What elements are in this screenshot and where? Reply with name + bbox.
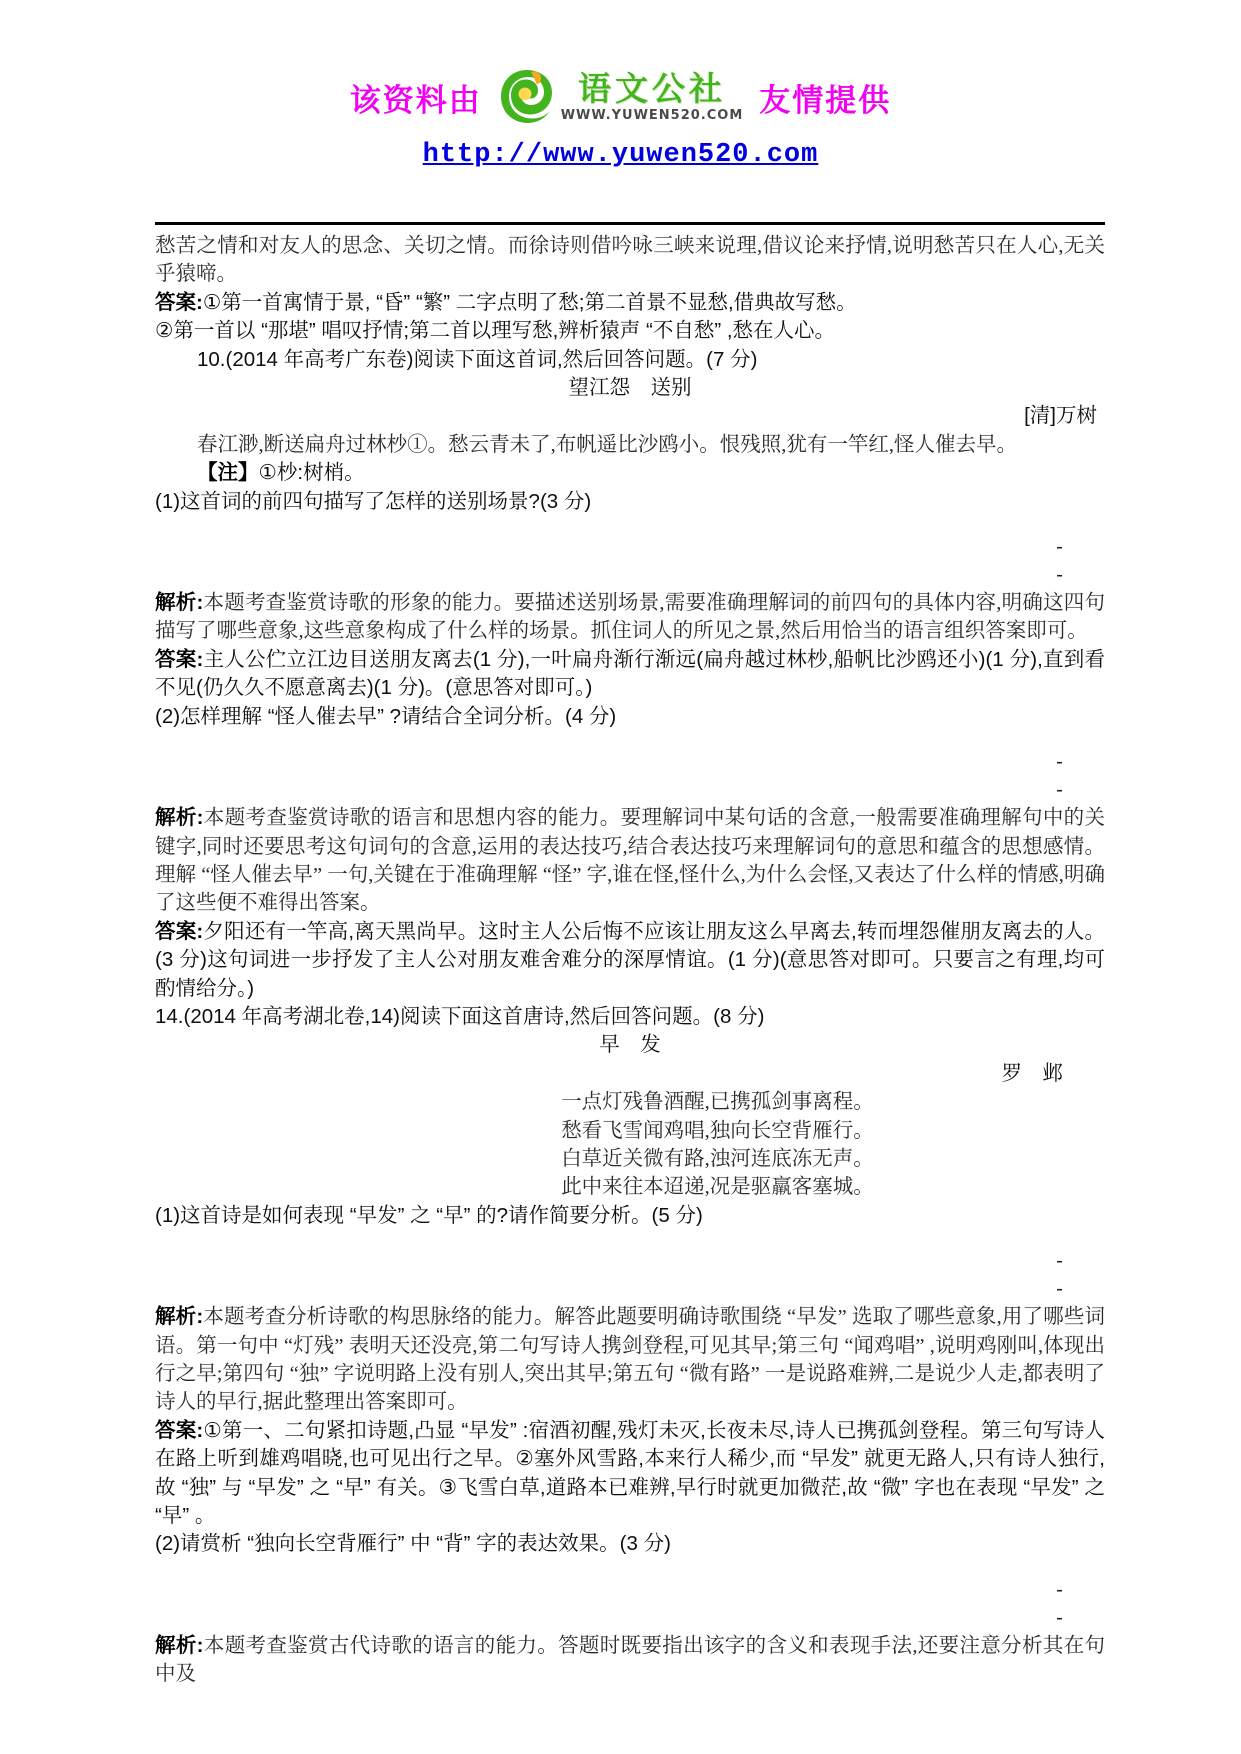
- question-10-header: 10.(2014 年高考广东卷)阅读下面这首词,然后回答问题。(7 分): [155, 346, 1105, 374]
- question-14-1: (1)这首诗是如何表现 “早发” 之 “早” 的?请作简要分析。(5 分): [155, 1202, 1105, 1230]
- answer-label: 答案:: [155, 291, 203, 314]
- answer-blank-dash: -: [155, 776, 1105, 804]
- site-url-line: http://www.yuwen520.com: [0, 140, 1241, 170]
- answer-text: ①第一首寓情于景, “昏” “繁” 二字点明了愁;第二首景不显愁,借典故写愁。: [203, 291, 857, 314]
- note-label: 【注】: [197, 461, 259, 484]
- continued-analysis-text: 愁苦之情和对友人的思念、关切之情。而徐诗则借吟咏三峡来说理,借议论来抒情,说明愁…: [155, 232, 1105, 289]
- question-10-1: (1)这首词的前四句描写了怎样的送别场景?(3 分): [155, 488, 1105, 516]
- analysis-14-1: 解析:本题考查分析诗歌的构思脉络的能力。解答此题要明确诗歌围绕 “早发” 选取了…: [155, 1303, 1105, 1417]
- divider-rule: [155, 222, 1105, 225]
- document-body: 愁苦之情和对友人的思念、关切之情。而徐诗则借吟咏三峡来说理,借议论来抒情,说明愁…: [155, 232, 1105, 1689]
- poem-title-zaofa: 早 发: [155, 1031, 1105, 1059]
- poem-text-wangjiangyuan: 春江渺,断送扁舟过林杪①。愁云青未了,布帆遥比沙鸥小。恨残照,犹有一竿红,怪人催…: [155, 431, 1105, 459]
- poem-line-2: 愁看飞雪闻鸡唱,独向长空背雁行。: [155, 1117, 1105, 1145]
- answer-text: 夕阳还有一竿高,离天黑尚早。这时主人公后悔不应该让朋友这么早离去,转而埋怨催朋友…: [155, 920, 1105, 1000]
- poem-line-3: 白草近关微有路,浊河连底冻无声。: [155, 1145, 1105, 1173]
- answer-label: 答案:: [155, 920, 203, 943]
- poem-line-1: 一点灯残鲁酒醒,已携孤剑事离程。: [155, 1088, 1105, 1116]
- analysis-label: 解析:: [155, 1634, 204, 1657]
- question-14-2: (2)请赏析 “独向长空背雁行” 中 “背” 字的表达效果。(3 分): [155, 1530, 1105, 1558]
- answer-blank-dash: -: [155, 748, 1105, 776]
- analysis-label: 解析:: [155, 806, 204, 829]
- answer-blank-dash: -: [155, 1604, 1105, 1632]
- analysis-text: 本题考查分析诗歌的构思脉络的能力。解答此题要明确诗歌围绕 “早发” 选取了哪些意…: [155, 1306, 1105, 1413]
- logo-text-block: 语文公社 WWW.YUWEN520.COM: [561, 72, 744, 122]
- analysis-14-2: 解析:本题考查鉴赏古代诗歌的语言的能力。答题时既要指出该字的含义和表现手法,还要…: [155, 1632, 1105, 1689]
- analysis-label: 解析:: [155, 591, 203, 614]
- question-14-header: 14.(2014 年高考湖北卷,14)阅读下面这首唐诗,然后回答问题。(8 分): [155, 1003, 1105, 1031]
- answer-14-1: 答案:①第一、二句紧扣诗题,凸显 “早发” :宿酒初醒,残灯未灭,长夜未尽,诗人…: [155, 1417, 1105, 1531]
- answer-blank-dash: -: [155, 561, 1105, 589]
- note-text: ①杪:树梢。: [259, 461, 365, 484]
- analysis-label: 解析:: [155, 1305, 203, 1328]
- answer-label: 答案:: [155, 648, 203, 671]
- page-header: 该资料由 语文公社 WWW.YUWEN520.COM 友情提供: [0, 68, 1241, 126]
- answer-text: ①第一、二句紧扣诗题,凸显 “早发” :宿酒初醒,残灯未灭,长夜未尽,诗人已携孤…: [155, 1419, 1105, 1527]
- answer-label: 答案:: [155, 1419, 203, 1442]
- answer-blank-dash: -: [155, 1275, 1105, 1303]
- provider-text-left: 该资料由: [350, 75, 482, 120]
- site-logo[interactable]: 语文公社 WWW.YUWEN520.COM: [498, 68, 744, 126]
- answer-previous-line1: 答案:①第一首寓情于景, “昏” “繁” 二字点明了愁;第二首景不显愁,借典故写…: [155, 289, 1105, 317]
- answer-blank-dash: -: [155, 1247, 1105, 1275]
- answer-blank-dash: -: [155, 533, 1105, 561]
- answer-previous-line2: ②第一首以 “那堪” 唱叹抒情;第二首以理写愁,辨析猿声 “不自愁” ,愁在人心…: [155, 317, 1105, 345]
- site-link[interactable]: http://www.yuwen520.com: [423, 140, 819, 170]
- poem-author-wanshu: [清]万树: [155, 402, 1105, 430]
- question-10-2: (2)怎样理解 “怪人催去早” ?请结合全词分析。(4 分): [155, 703, 1105, 731]
- poem-line-4: 此中来往本迢递,况是驱羸客塞城。: [155, 1173, 1105, 1201]
- logo-name: 语文公社: [578, 72, 726, 105]
- analysis-10-2: 解析:本题考查鉴赏诗歌的语言和思想内容的能力。要理解词中某句话的含意,一般需要准…: [155, 804, 1105, 918]
- poem-note: 【注】①杪:树梢。: [155, 459, 1105, 487]
- analysis-10-1: 解析:本题考查鉴赏诗歌的形象的能力。要描述送别场景,需要准确理解词的前四句的具体…: [155, 589, 1105, 646]
- provider-text-right: 友情提供: [759, 75, 891, 120]
- logo-site-url: WWW.YUWEN520.COM: [561, 109, 744, 122]
- analysis-text: 本题考查鉴赏古代诗歌的语言的能力。答题时既要指出该字的含义和表现手法,还要注意分…: [155, 1635, 1105, 1685]
- analysis-text: 本题考查鉴赏诗歌的语言和思想内容的能力。要理解词中某句话的含意,一般需要准确理解…: [155, 807, 1105, 914]
- answer-10-1: 答案:主人公伫立江边目送朋友离去(1 分),一叶扁舟渐行渐远(扁舟越过林杪,船帆…: [155, 646, 1105, 703]
- answer-text: 主人公伫立江边目送朋友离去(1 分),一叶扁舟渐行渐远(扁舟越过林杪,船帆比沙鸥…: [155, 648, 1105, 699]
- answer-blank-dash: -: [155, 1576, 1105, 1604]
- poem-title-wangjiangyuan: 望江怨 送别: [155, 374, 1105, 402]
- answer-10-2: 答案:夕阳还有一竿高,离天黑尚早。这时主人公后悔不应该让朋友这么早离去,转而埋怨…: [155, 918, 1105, 1003]
- yuwen-swirl-icon: [498, 68, 556, 126]
- poem-author-luoye: 罗 邺: [155, 1060, 1105, 1088]
- analysis-text: 本题考查鉴赏诗歌的形象的能力。要描述送别场景,需要准确理解词的前四句的具体内容,…: [155, 592, 1105, 642]
